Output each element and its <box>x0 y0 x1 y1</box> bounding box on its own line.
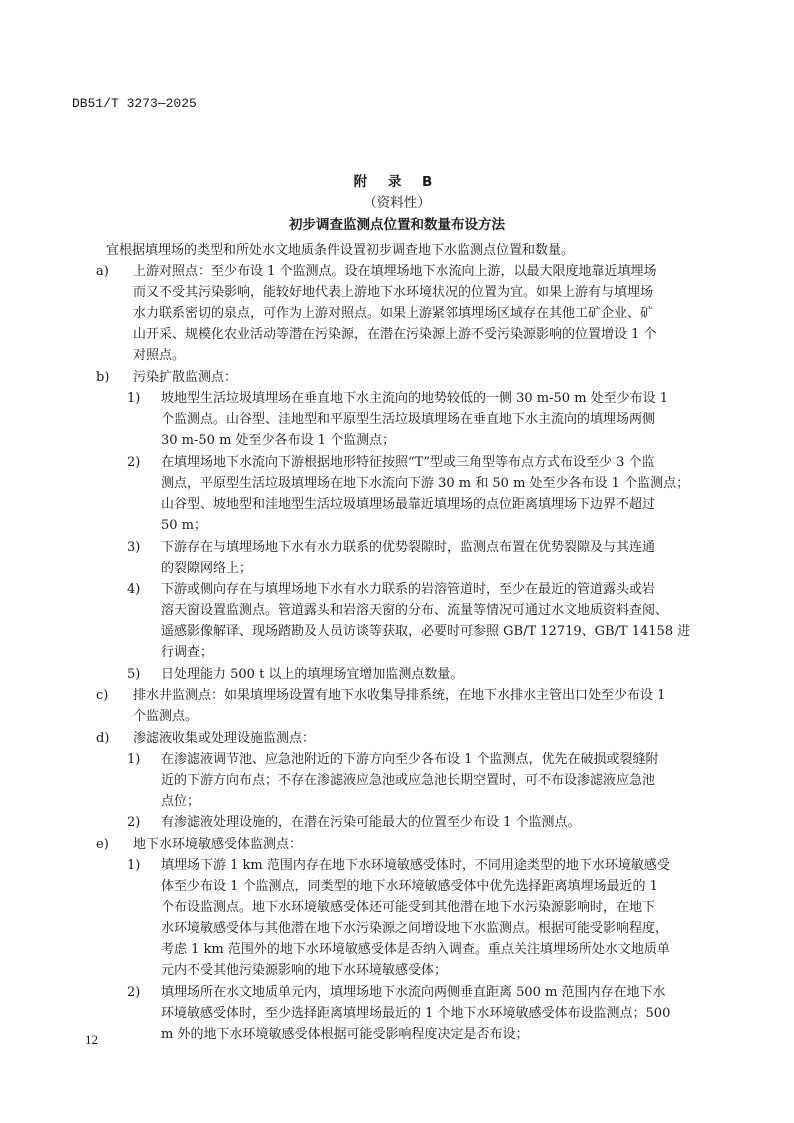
appendix-label: 附 录 B <box>0 172 794 193</box>
list-item-text: 排水井监测点：如果填埋场设置有地下水收集导排系统，在地下水排水主管出口处至少布设… <box>133 685 723 727</box>
sub-list-item-label: 2) <box>127 982 140 1003</box>
text-line: 排水井监测点：如果填埋场设置有地下水收集导排系统，在地下水排水主管出口处至少布设… <box>133 685 723 706</box>
list-item-label: c) <box>96 685 108 706</box>
text-line: 在填埋场地下水流向下游根据地形特征按照“T”型或三角型等布点方式布设至少 3 个… <box>161 452 723 473</box>
sub-list-item-label: 2) <box>127 812 140 833</box>
text-line: 山开采、规模化农业活动等潜在污染源，在潜在污染源上游不受污染源影响的位置增设 1… <box>133 324 723 345</box>
sub-list-item-label: 1) <box>127 855 140 876</box>
sub-list-item-label: 4) <box>127 579 140 600</box>
sub-list-item-text: 填埋场下游 1 km 范围内存在地下水环境敏感受体时，不同用途类型的地下水环境敏… <box>161 855 723 981</box>
text-line: 上游对照点：至少布设 1 个监测点。设在填埋场地下水流向上游，以最大限度地靠近填… <box>133 261 723 282</box>
text-line: 有渗滤液处理设施的，在潜在污染可能最大的位置至少布设 1 个监测点。 <box>161 812 723 833</box>
list-item-text: 污染扩散监测点： <box>133 367 723 388</box>
page-number: 12 <box>85 1032 98 1048</box>
text-line: 测点，平原型生活垃圾填埋场在地下水流向下游 30 m 和 50 m 处至少各布设… <box>161 473 723 494</box>
text-line: 日处理能力 500 t 以上的填埋场宜增加监测点数量。 <box>161 664 723 685</box>
sub-list-item-label: 2) <box>127 452 140 473</box>
text-line: 50 m； <box>161 515 723 536</box>
sub-list-item-text: 有渗滤液处理设施的，在潜在污染可能最大的位置至少布设 1 个监测点。 <box>161 812 723 833</box>
text-line: 在渗滤液调节池、应急池附近的下游方向至少各布设 1 个监测点，优先在破损或裂缝附 <box>161 749 723 770</box>
text-line: 坡地型生活垃圾填埋场在垂直地下水主流向的地势较低的一侧 30 m-50 m 处至… <box>161 388 723 409</box>
text-line: 水力联系密切的泉点，可作为上游对照点。如果上游紧邻填埋场区域存在其他工矿企业、矿 <box>133 303 723 324</box>
text-line: 环境敏感受体时，至少选择距离填埋场最近的 1 个地下水环境敏感受体布设监测点；5… <box>161 1003 723 1024</box>
sub-list-item-text: 下游存在与填埋场地下水有水力联系的优势裂隙时，监测点布置在优势裂隙及与其连通的裂… <box>161 537 723 579</box>
text-line: 的裂隙网络上； <box>161 558 723 579</box>
text-line: 下游或侧向存在与填埋场地下水有水力联系的岩溶管道时，至少在最近的管道露头或岩 <box>161 579 723 600</box>
sub-list-item-text: 坡地型生活垃圾填埋场在垂直地下水主流向的地势较低的一侧 30 m-50 m 处至… <box>161 388 723 451</box>
list-item-text: 地下水环境敏感受体监测点： <box>133 834 723 855</box>
text-line: 地下水环境敏感受体监测点： <box>133 834 723 855</box>
sub-list-item-text: 在渗滤液调节池、应急池附近的下游方向至少各布设 1 个监测点，优先在破损或裂缝附… <box>161 749 723 812</box>
text-line: 考虑 1 km 范围外的地下水环境敏感受体是否纳入调查。重点关注填埋场所处水文地… <box>161 939 723 960</box>
text-line: 山谷型、坡地型和洼地型生活垃圾填埋场最靠近填埋场的点位距离填埋场下边界不超过 <box>161 494 723 515</box>
text-line: 行调查； <box>161 642 723 663</box>
text-line: 点位； <box>161 791 723 812</box>
sub-list-item-label: 3) <box>127 537 140 558</box>
appendix-nature: （资料性） <box>0 193 794 214</box>
text-line: 近的下游方向布点；不存在渗滤液应急池或应急池长期空置时，可不布设渗滤液应急池 <box>161 770 723 791</box>
list-item-label: b) <box>96 367 109 388</box>
text-line: 而又不受其污染影响，能较好地代表上游地下水环境状况的位置为宜。如果上游有与填埋场 <box>133 282 723 303</box>
sub-list-item-label: 5) <box>127 664 140 685</box>
list-item-label: d) <box>96 728 109 749</box>
sub-list-item-label: 1) <box>127 749 140 770</box>
sub-list-item-text: 下游或侧向存在与填埋场地下水有水力联系的岩溶管道时，至少在最近的管道露头或岩溶天… <box>161 579 723 663</box>
sub-list-item-text: 填埋场所在水文地质单元内，填埋场地下水流向两侧垂直距离 500 m 范围内存在地… <box>161 982 723 1045</box>
appendix-heading: 附 录 B （资料性） 初步调查监测点位置和数量布设方法 <box>0 172 794 236</box>
text-line: 个监测点。山谷型、洼地型和平原型生活垃圾填埋场在垂直地下水主流向的填埋场两侧 <box>161 409 723 430</box>
sub-list-item-label: 1) <box>127 388 140 409</box>
list-item-text: 上游对照点：至少布设 1 个监测点。设在填埋场地下水流向上游，以最大限度地靠近填… <box>133 261 723 366</box>
text-line: 水环境敏感受体与其他潜在地下水污染源之间增设地下水监测点。根据可能受影响程度， <box>161 918 723 939</box>
text-line: 下游存在与填埋场地下水有水力联系的优势裂隙时，监测点布置在优势裂隙及与其连通 <box>161 537 723 558</box>
text-line: 遥感影像解译、现场踏勘及人员访谈等获取，必要时可参照 GB/T 12719、GB… <box>161 621 723 642</box>
text-line: 个布设监测点。地下水环境敏感受体还可能受到其他潜在地下水污染源影响时，在地下 <box>161 897 723 918</box>
text-line: 个监测点。 <box>133 706 723 727</box>
text-line: 元内不受其他污染源影响的地下水环境敏感受体； <box>161 960 723 981</box>
list-item-label: a) <box>96 261 109 282</box>
text-line: 污染扩散监测点： <box>133 367 723 388</box>
text-line: 30 m-50 m 处至少各布设 1 个监测点； <box>161 430 723 451</box>
text-line: 渗滤液收集或处理设施监测点： <box>133 728 723 749</box>
text-line: 填埋场下游 1 km 范围内存在地下水环境敏感受体时，不同用途类型的地下水环境敏… <box>161 855 723 876</box>
document-code: DB51/T 3273—2025 <box>72 96 197 111</box>
text-line: m 外的地下水环境敏感受体根据可能受影响程度决定是否布设； <box>161 1024 723 1045</box>
appendix-title: 初步调查监测点位置和数量布设方法 <box>0 214 794 236</box>
sub-list-item-text: 日处理能力 500 t 以上的填埋场宜增加监测点数量。 <box>161 664 723 685</box>
text-line: 体至少布设 1 个监测点，同类型的地下水环境敏感受体中优先选择距离填埋场最近的 … <box>161 876 723 897</box>
text-line: 溶天窗设置监测点。管道露头和岩溶天窗的分布、流量等情况可通过水文地质资料查阅、 <box>161 600 723 621</box>
sub-list-item-text: 在填埋场地下水流向下游根据地形特征按照“T”型或三角型等布点方式布设至少 3 个… <box>161 452 723 536</box>
text-line: 对照点。 <box>133 345 723 366</box>
list-item-label: e) <box>96 834 109 855</box>
intro-paragraph: 宜根据填埋场的类型和所处水文地质条件设置初步调查地下水监测点位置和数量。 <box>106 240 574 261</box>
text-line: 填埋场所在水文地质单元内，填埋场地下水流向两侧垂直距离 500 m 范围内存在地… <box>161 982 723 1003</box>
list-item-text: 渗滤液收集或处理设施监测点： <box>133 728 723 749</box>
